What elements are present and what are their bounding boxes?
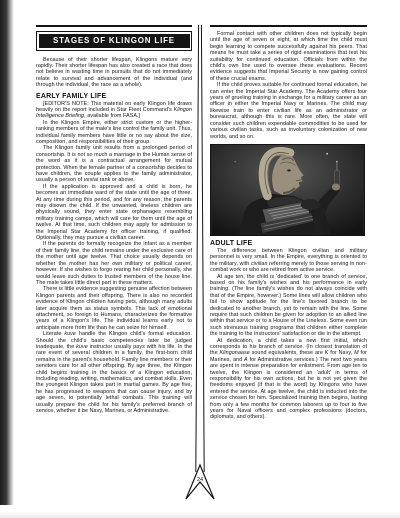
paragraph: At age ten, the child is 'dedicated' to … bbox=[210, 274, 367, 338]
left-column: STAGES OF KLINGON LIFE Because of their … bbox=[36, 25, 192, 485]
paragraph: In the Klingon Empire, either strict cus… bbox=[36, 120, 192, 146]
paragraph: If the child proves suitable for continu… bbox=[210, 82, 367, 140]
left-column-top-rule bbox=[36, 25, 192, 27]
scan-bottom-edge bbox=[0, 511, 400, 518]
section-title-banner: STAGES OF KLINGON LIFE bbox=[36, 31, 192, 51]
adult-life-paragraphs: The difference between Klingon civilian … bbox=[210, 248, 367, 421]
early-family-life-paragraphs: [EDITOR'S NOTE: This material on early K… bbox=[36, 101, 192, 415]
paragraph: Because of their shorter lifespan, Kling… bbox=[36, 57, 192, 89]
paragraph: Formal contact with other children does … bbox=[210, 31, 367, 82]
klingon-illustration bbox=[210, 144, 365, 236]
heading-early-family-life: EARLY FAMILY LIFE bbox=[36, 93, 192, 100]
right-column: Formal contact with other children does … bbox=[210, 25, 367, 485]
page-title: STAGES OF KLINGON LIFE bbox=[39, 34, 190, 49]
right-column-top-rule bbox=[210, 25, 367, 27]
paragraph: The difference between Klingon civilian … bbox=[210, 248, 367, 274]
shoulder-pad bbox=[301, 199, 321, 210]
divider-lines bbox=[196, 25, 204, 472]
page-number-emblem: 24 bbox=[186, 465, 214, 499]
paragraph: If the parents do formally recognize the… bbox=[36, 241, 192, 286]
paragraph: The Klingon family unit results from a p… bbox=[36, 145, 192, 183]
right-column-top-paragraphs: Formal contact with other children does … bbox=[210, 31, 367, 140]
star-speck bbox=[326, 153, 328, 155]
heading-adult-life: ADULT LIFE bbox=[210, 240, 367, 247]
paragraph: At dedication, a child takes a new first… bbox=[210, 338, 367, 421]
scanned-page: STAGES OF KLINGON LIFE Because of their … bbox=[0, 0, 400, 518]
page-divider: 24 bbox=[184, 25, 218, 507]
paragraph: Literate kuve handle the Klingon child's… bbox=[36, 331, 192, 414]
paragraph: There is little evidence suggesting genu… bbox=[36, 286, 192, 331]
gutter-shadow bbox=[0, 0, 14, 505]
paragraph: [EDITOR'S NOTE: This material on early K… bbox=[36, 101, 192, 120]
star-speck bbox=[235, 161, 236, 162]
lead-paragraphs: Because of their shorter lifespan, Kling… bbox=[36, 57, 192, 89]
paragraph: If the application is approved and a chi… bbox=[36, 184, 192, 242]
page-number: 24 bbox=[197, 477, 203, 483]
eye bbox=[287, 169, 291, 171]
